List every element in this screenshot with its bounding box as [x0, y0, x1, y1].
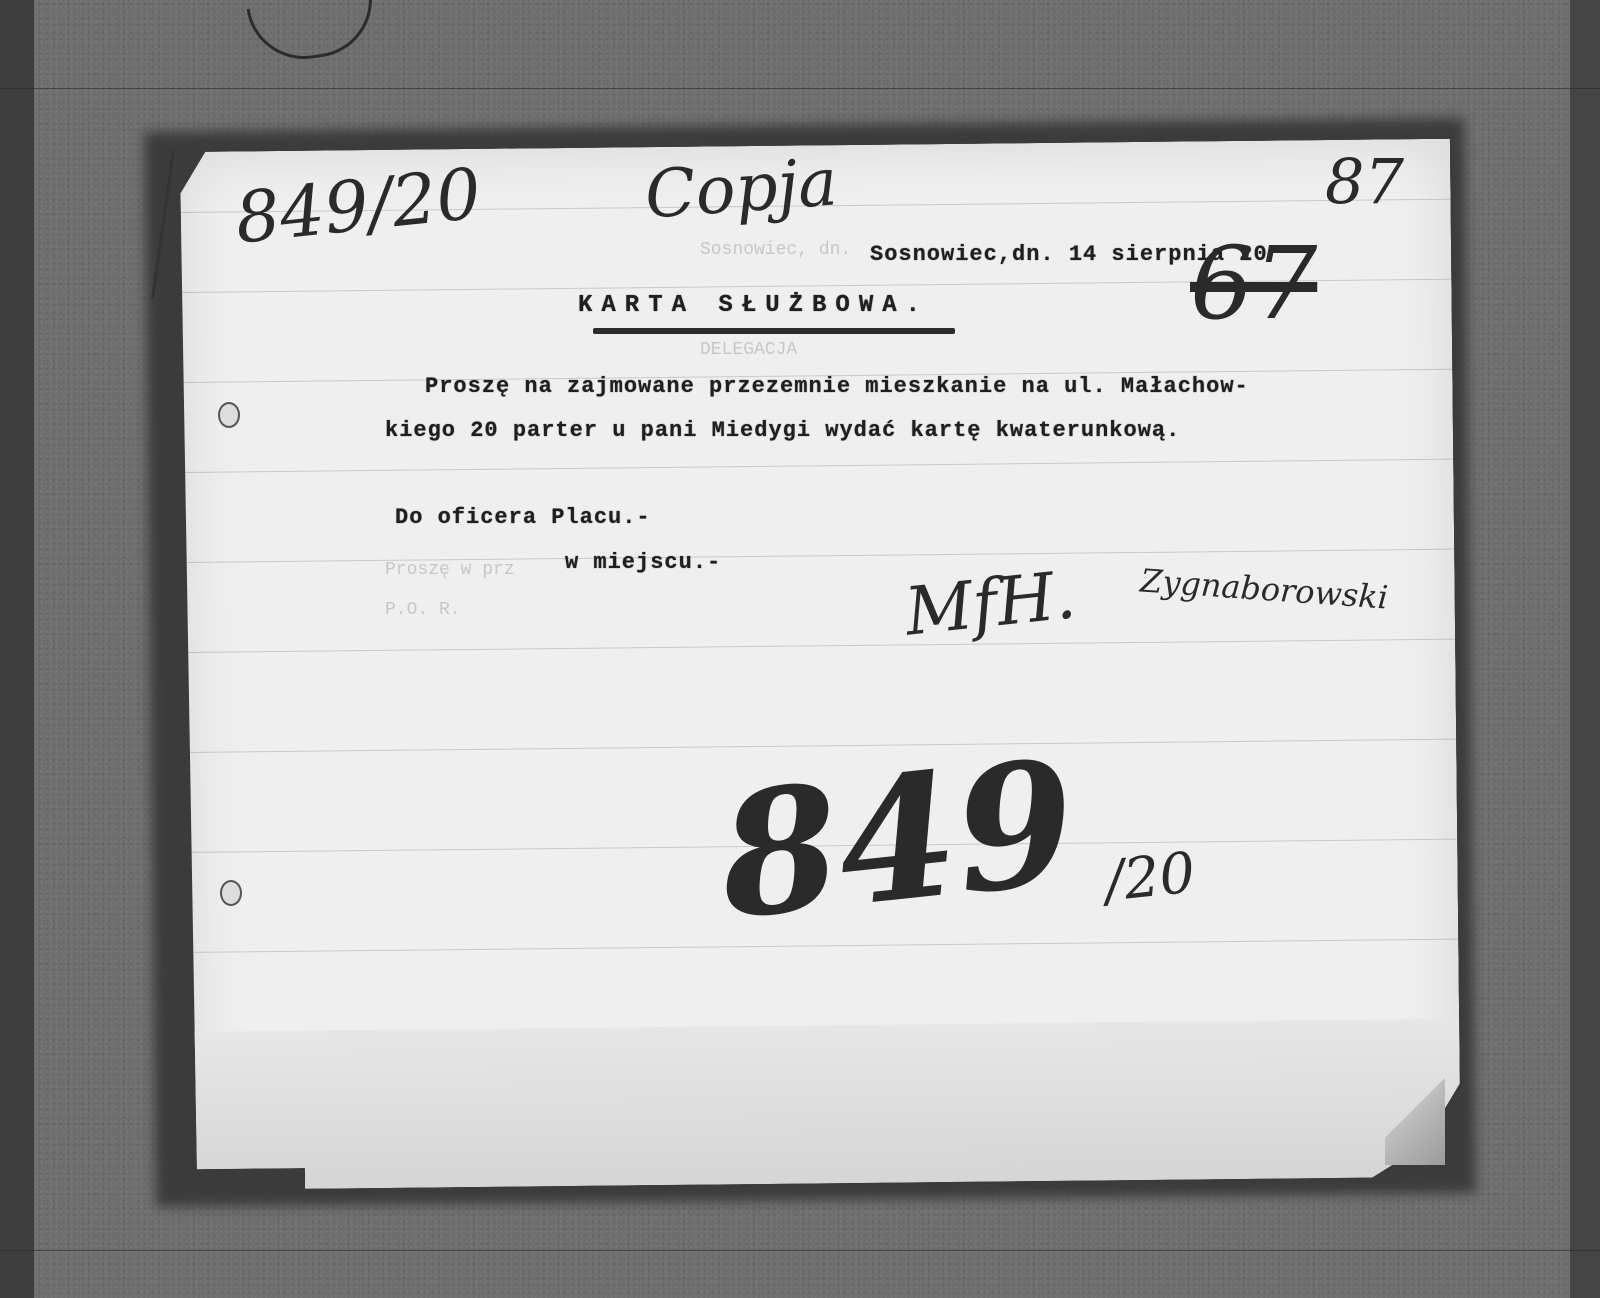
body-line-2: kiego 20 parter u pani Miedygi wydać kar… [385, 418, 1180, 443]
paper-rule [185, 639, 1455, 653]
paper-lower-shade [189, 1019, 1461, 1192]
scan-left-border [0, 0, 34, 1298]
paper-corner-fold [1385, 1065, 1445, 1165]
show-through-text: P.O. R. [385, 600, 461, 620]
scan-right-border [1570, 0, 1600, 1298]
punch-hole [218, 402, 240, 428]
title-underline [593, 328, 955, 334]
punch-hole [220, 880, 242, 906]
background-pencil-mark [247, 0, 380, 66]
handwritten-large-number-suffix: /20 [1102, 840, 1198, 914]
handwritten-large-number: 849 [711, 722, 1085, 958]
show-through-text: DELEGACJA [700, 340, 797, 360]
paper-rule [183, 459, 1453, 473]
scan-artifact-line [0, 1250, 1600, 1251]
addressee-line-1: Do oficera Placu.- [395, 505, 651, 530]
handwritten-copy-note: Copja [643, 143, 840, 233]
handwritten-page-number: 87 [1325, 145, 1404, 218]
handwritten-crossed-number: 67 [1190, 225, 1317, 342]
scan-artifact-line [0, 88, 1600, 89]
body-line-1: Proszę na zajmowane przezemnie mieszkani… [425, 374, 1249, 399]
show-through-text: Sosnowiec, dn. [700, 240, 851, 260]
document-title: KARTA SŁUŻBOWA. [578, 292, 929, 319]
paper-rule [184, 549, 1454, 563]
addressee-line-2: w miejscu.- [565, 550, 721, 575]
show-through-text: Proszę w prz [385, 560, 515, 580]
